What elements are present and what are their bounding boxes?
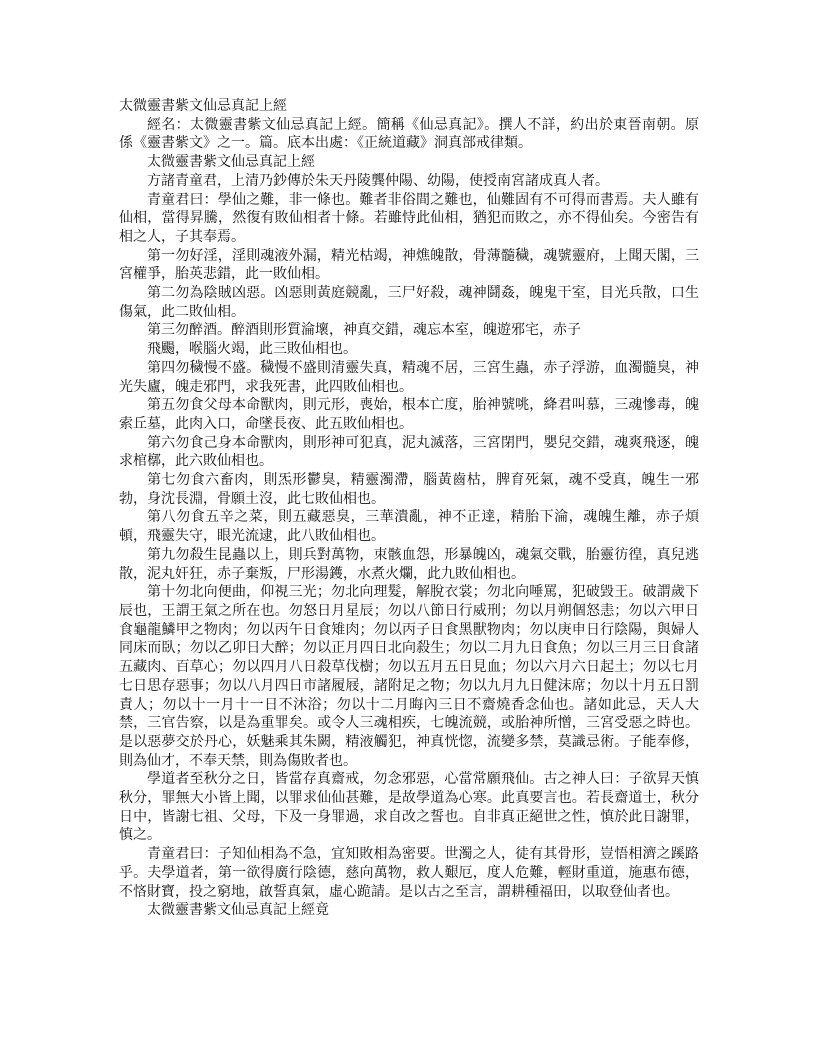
precept-paragraph-2: 第二勿為陰賊凶惡。凶惡則黃庭競亂，三尸好殺，魂神鬪姦，魄鬼干室，目光兵散，口生傷… [119, 284, 699, 321]
document-page: 太微靈書紫文仙忌真記上經 經名：太微靈書紫文仙忌真記上經。簡稱《仙忌真記》。撰人… [119, 97, 699, 920]
precept-paragraph-10: 第十勿北向便曲，仰視三光；勿北向理髮，解脫衣裳；勿北向唾罵，犯破毀王。破謂歲下辰… [119, 583, 699, 770]
precept-paragraph-7: 第七勿食六畜肉，則炁形鬱臭，精靈濁滯，腦黃齒枯，脾育死氣，魂不受真，魄生一邪勃，… [119, 471, 699, 508]
precept-paragraph-3b: 飛颺，喉腦火竭，此三敗仙相也。 [119, 340, 699, 359]
transmission-paragraph: 方諸青童君，上清乃鈔傳於朱天丹陵龔仲陽、幼陽，使授南宮諸成真人者。 [119, 172, 699, 191]
closing-teaching-paragraph: 青童君曰：子知仙相為不急，宜知敗相為密要。世濁之人，徒有其骨形，豈悟相濟之蹊路乎… [119, 845, 699, 901]
precept-paragraph-4: 第四勿穢慢不盛。穢慢不盛則清靈失真，精魂不居，三宮生蟲，赤子浮游，血濁髓臭，神光… [119, 359, 699, 396]
precept-paragraph-6: 第六勿食己身本命獸肉，則形神可犯真，泥丸滅落，三宮閉門，嬰兒交錯，魂爽飛逐，魄求… [119, 434, 699, 471]
scripture-note-paragraph: 經名：太微靈書紫文仙忌真記上經。簡稱《仙忌真記》。撰人不詳，約出於東晉南朝。原係… [119, 116, 699, 153]
precept-paragraph-5: 第五勿食父母本命獸肉，則元形，喪始，根本亡度，胎神號咷，絳君叫慕，三魂慘毒，魄索… [119, 396, 699, 433]
body-paragraph: 青童君曰：學仙之難，非一條也。難者非俗間之難也，仙難固有不可得而書焉。夫人雖有仙… [119, 191, 699, 247]
precept-paragraph-8: 第八勿食五辛之菜，則五藏惡臭，三華潰亂，神不正達，精胎下淪，魂魄生離，赤子煩頓，… [119, 508, 699, 545]
scripture-title-paragraph: 太微靈書紫文仙忌真記上經 [119, 153, 699, 172]
document-end-marker: 太微靈書紫文仙忌真記上經竟 [119, 901, 699, 920]
document-heading: 太微靈書紫文仙忌真記上經 [119, 97, 699, 116]
precept-paragraph-3a: 第三勿醉酒。醉酒則形質淪壞，神真交錯，魂忘本室，魄遊邪宅，赤子 [119, 321, 699, 340]
precept-paragraph-1: 第一勿好淫，淫則魂液外漏，精光枯竭，神燋魄散，骨薄髓穢，魂號靈府，上聞天閣，三宮… [119, 247, 699, 284]
precept-paragraph-9: 第九勿殺生昆蟲以上，則兵對萬物，朿骸血怨，形暴魄凶，魂氣交戰，胎靈彷徨，真兒逃散… [119, 546, 699, 583]
autumn-equinox-paragraph: 學道者至秋分之日，皆當存真齋戒，勿念邪惡，心當常願飛仙。古之神人曰：子欲昇天慎秋… [119, 770, 699, 845]
